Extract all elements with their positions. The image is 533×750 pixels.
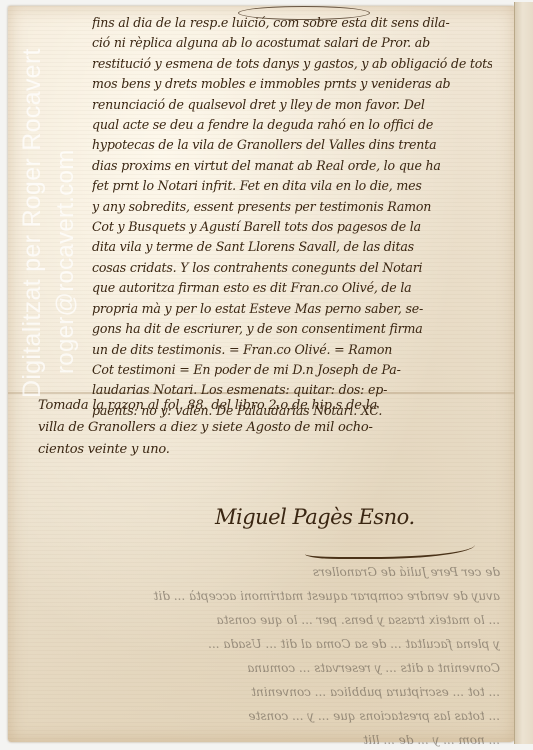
text-line: dias proxims en virtut del manat ab Real… bbox=[92, 156, 492, 176]
deed-main-text: fins al dia de la resp.e luició, com sob… bbox=[92, 13, 492, 421]
text-line: villa de Granollers a diez y siete Agost… bbox=[38, 417, 488, 439]
text-line: restitució y esmena de tots danys y gast… bbox=[92, 54, 492, 74]
text-line: Tomada la razon al fol. 88. del libro 2.… bbox=[38, 395, 488, 417]
adjacent-page-edge bbox=[514, 2, 533, 744]
bleed-through-text: de cer Pere Juliá de Granollers avuy de … bbox=[20, 560, 500, 750]
text-line: ció ni rèplica alguna ab lo acostumat sa… bbox=[92, 33, 492, 53]
bleed-line: Convenint a dits ... y reservats ... com… bbox=[20, 656, 500, 680]
text-line: dita vila y terme de Sant Llorens Savall… bbox=[92, 237, 492, 257]
text-line: y any sobredits, essent presents per tes… bbox=[92, 197, 492, 217]
text-line: fins al dia de la resp.e luició, com sob… bbox=[92, 13, 492, 33]
text-line: propria mà y per lo estat Esteve Mas per… bbox=[92, 299, 492, 319]
bleed-line: y plena facultat ... de sa Coma al dit .… bbox=[20, 632, 500, 656]
text-line: hypotecas de la vila de Granollers del V… bbox=[92, 135, 492, 155]
text-line: Cot testimoni = En poder de mi D.n Josep… bbox=[92, 360, 492, 380]
text-line: un de dits testimonis. = Fran.co Olivé. … bbox=[92, 340, 492, 360]
text-line: Cot y Busquets y Agustí Barell tots dos … bbox=[92, 217, 492, 237]
bleed-line: ... tot ... escriptura pubblica ... conv… bbox=[20, 680, 500, 704]
text-line: que autoritza firman esto es dit Fran.co… bbox=[92, 278, 492, 298]
bleed-line: avuy de vendre comprar aquest matrimoni … bbox=[20, 584, 500, 608]
text-line: mos bens y drets mobles e immobles prnts… bbox=[92, 74, 492, 94]
text-line: fet prnt lo Notari infrit. Fet en dita v… bbox=[92, 176, 492, 196]
text-line: qual acte se deu a fendre la deguda rahó… bbox=[92, 115, 492, 135]
bleed-line: ... nom ... y ... de ... llit bbox=[20, 728, 500, 750]
text-line: gons ha dit de escriurer, y de son conse… bbox=[92, 319, 492, 339]
text-line: cosas cridats. Y los contrahents conegun… bbox=[92, 258, 492, 278]
signature: Miguel Pagès Esno. bbox=[215, 505, 415, 529]
text-line: cientos veinte y uno. bbox=[38, 439, 488, 461]
registration-note: Tomada la razon al fol. 88. del libro 2.… bbox=[38, 395, 488, 461]
text-line: renunciació de qualsevol dret y lley de … bbox=[92, 95, 492, 115]
watermark-email: roger@rocavert.com bbox=[52, 150, 80, 375]
bleed-line: ... lo mateix trassa y bens. per ... lo … bbox=[20, 608, 500, 632]
bleed-line: de cer Pere Juliá de Granollers bbox=[20, 560, 500, 584]
bleed-line: ... totas las prestacions que ... y ... … bbox=[20, 704, 500, 728]
watermark-credit: Digitalitzat per Roger Rocavert bbox=[18, 48, 47, 398]
